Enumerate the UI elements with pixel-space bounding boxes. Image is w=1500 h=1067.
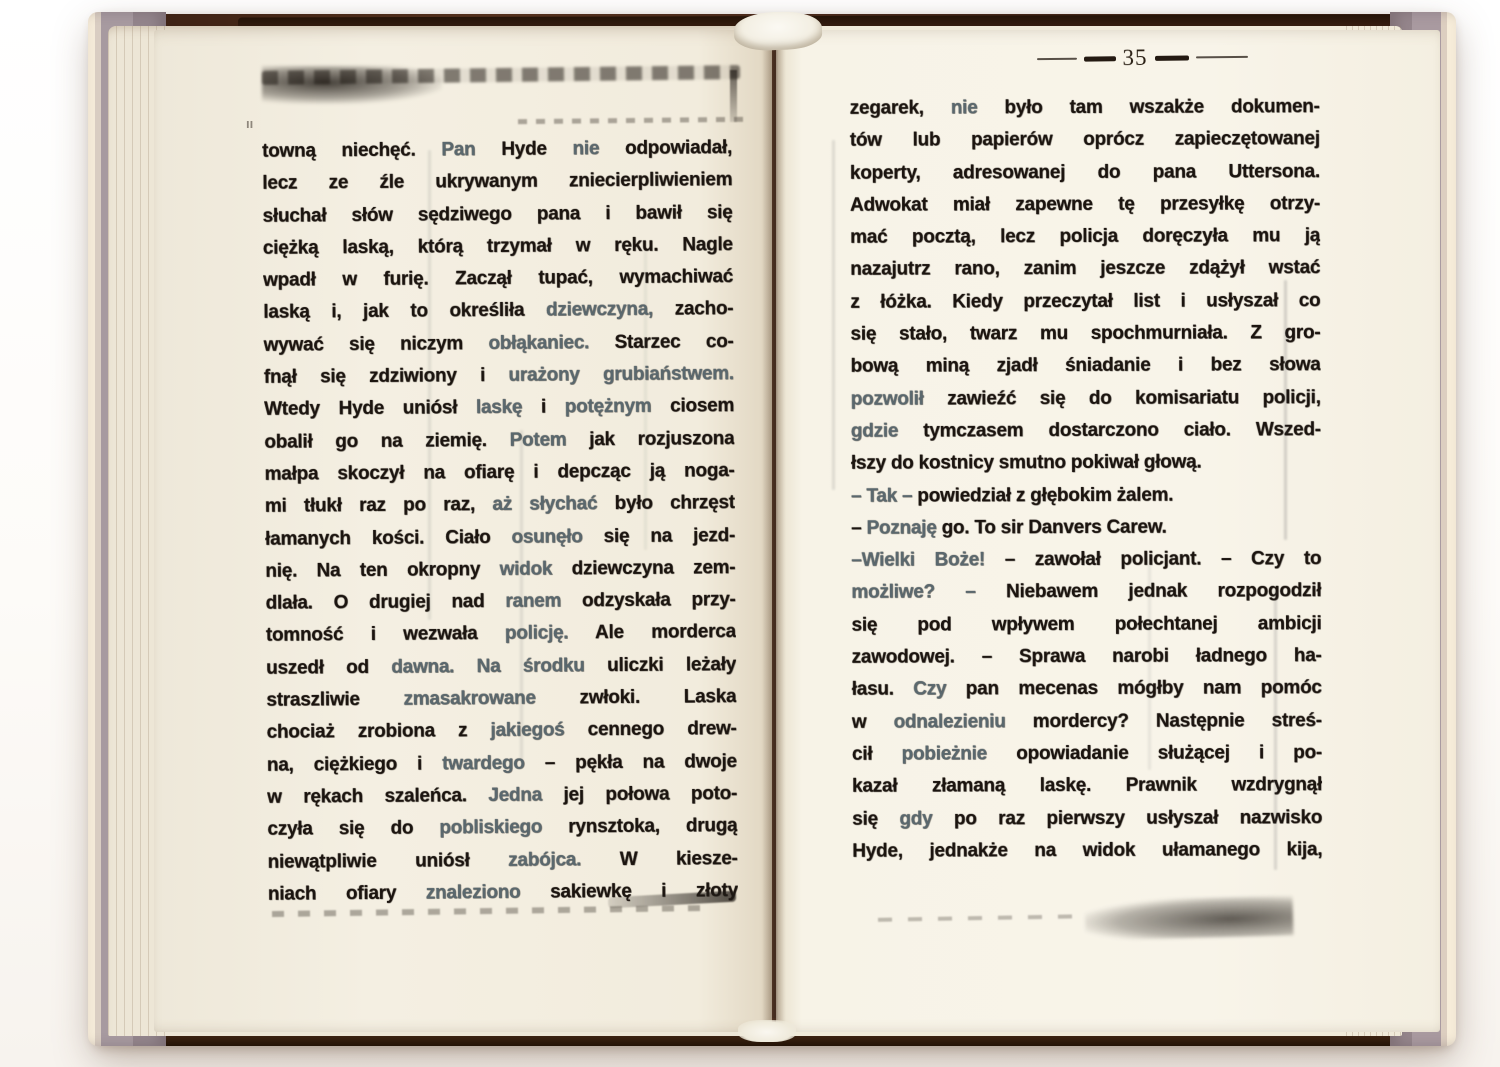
- text-line: lecz ze źle ukrywanym zniecierpliwieniem: [262, 164, 732, 200]
- ink-text: W kiesze-: [581, 848, 738, 870]
- text-line: nię. Na ten okropny widok dziewczyna zem…: [265, 552, 735, 588]
- ink-text: po raz pierwszy usłyszał nazwisko: [932, 807, 1322, 829]
- ink-text: uliczki leżały: [585, 654, 737, 676]
- ink-text: łamanych kości. Ciało: [265, 526, 512, 549]
- ink-text: odpowiadał,: [599, 137, 732, 159]
- ink-text: straszliwie: [266, 689, 403, 711]
- ink-text: w rękach szaleńca.: [267, 785, 488, 808]
- ink-text: opowiadanie służącej i po-: [987, 742, 1322, 764]
- text-line: słuchał słów sędziwego pana i bawił się: [262, 197, 732, 233]
- open-book: 35 towną niechęć. Pan Hyde nie odpowiada…: [88, 10, 1456, 1048]
- headband-bottom: [738, 1020, 796, 1042]
- text-line: wywać się niczym obłąkaniec. Starzec co-: [263, 326, 733, 362]
- header-rule-dash-right: [1154, 55, 1188, 60]
- faded-ink-text: widok: [499, 558, 552, 579]
- ink-text: sakiewkę i złoty: [520, 880, 738, 903]
- ink-text: ciężką laską, którą trzymał w ręku. Nagl…: [263, 234, 733, 259]
- ink-text: – pękła na dwoje: [525, 751, 737, 774]
- faded-ink-text: ranem: [505, 591, 561, 612]
- ink-text: dlała. O drugiej nad: [266, 591, 506, 614]
- left-page-text: towną niechęć. Pan Hyde nie odpowiadał,l…: [262, 132, 738, 911]
- faded-ink-text: pobieżnie: [902, 743, 987, 764]
- text-line: tów lub papierów oprócz zapieczętowanej: [850, 123, 1320, 157]
- ink-text: cennego drew-: [564, 718, 736, 740]
- faded-ink-text: Potem: [510, 429, 567, 450]
- faded-ink-text: Jedna: [488, 785, 542, 806]
- ink-text: Adwokat miał zapewne tę przesyłkę otrzy-: [850, 193, 1320, 216]
- ink-text: chociaż zrobiona z: [267, 720, 491, 743]
- text-line: – Poznaję go. To sir Danvers Carew.: [851, 511, 1321, 545]
- ink-text: wywać się niczym: [264, 333, 489, 356]
- ink-text: koperty, adresowanej do pana Uttersona.: [850, 161, 1320, 184]
- faded-ink-text: – Tak –: [851, 485, 912, 506]
- header-rule-hairline-right: [1195, 56, 1247, 59]
- ink-text: z łóżka. Kiedy przeczytał list i usłysza…: [850, 290, 1320, 313]
- ink-text: go. To sir Danvers Carew.: [937, 517, 1167, 539]
- ink-text: na, ciężkiego i: [267, 753, 442, 775]
- ink-text: Wtedy Hyde uniósł: [264, 398, 476, 421]
- text-line: w odnalezieniu mordercy? Następnie streś…: [852, 705, 1322, 739]
- text-line: –Wielki Boże! – zawołał policjant. – Czy…: [851, 543, 1321, 577]
- faded-ink-text: znaleziono: [426, 882, 521, 904]
- text-line: wpadł w furię. Zaczął tupać, wymachiwać: [263, 261, 733, 297]
- faded-ink-text: Poznaję: [866, 517, 936, 538]
- ink-text: się na jezd-: [583, 525, 736, 547]
- gutter-shadow: [762, 24, 786, 1036]
- ink-text: ciosem: [651, 396, 734, 418]
- faded-ink-text: –Wielki Boże!: [851, 550, 985, 571]
- text-line: towną niechęć. Pan Hyde nie odpowiadał,: [262, 132, 732, 168]
- ink-text: mordercy? Następnie streś-: [1006, 710, 1322, 732]
- text-line: cił pobieżnie opowiadanie służącej i po-: [852, 737, 1322, 771]
- text-line: się gdy po raz pierwszy usłyszał nazwisk…: [852, 802, 1322, 836]
- ink-text: łszy do kostnicy smutno pokiwał głową.: [851, 452, 1202, 474]
- faded-ink-text: możliwe? –: [851, 582, 975, 603]
- text-line: się pod wpływem połechtanej ambicji: [851, 608, 1321, 642]
- text-line: niewątpliwie uniósł zabójca. W kiesze-: [268, 843, 738, 879]
- ink-text: tymczasem dostarczono ciało. Wszed-: [898, 419, 1321, 441]
- text-line: Wtedy Hyde uniósł laskę i potężnym ciose…: [264, 391, 734, 427]
- text-line: gdzie tymczasem dostarczono ciało. Wszed…: [851, 414, 1321, 448]
- ink-text: małpa skoczył na ofiarę i depcząc ją nog…: [265, 460, 735, 485]
- faded-ink-text: odnalezieniu: [893, 711, 1005, 732]
- ink-text: lecz ze źle ukrywanym zniecierpliwieniem: [262, 169, 732, 194]
- ink-text: i: [522, 397, 565, 418]
- text-line: tomność i wezwała policję. Ale morderca: [266, 617, 736, 653]
- ink-text: się stało, twarz mu spochmurniała. Z gro…: [850, 322, 1320, 345]
- header-rule-hairline-left: [1036, 58, 1076, 60]
- ink-text: Ale morderca: [568, 622, 736, 644]
- page-number: 35: [1122, 45, 1147, 71]
- right-page-text: zegarek, nie było tam wszakże dokumen-tó…: [850, 91, 1323, 868]
- text-line: pozwolił zawieźć się do komisariatu poli…: [851, 382, 1321, 416]
- ink-text: niewątpliwie uniósł: [268, 849, 509, 872]
- ink-text: odzyskała przy-: [561, 589, 736, 611]
- ink-text: uszedł od: [266, 657, 391, 679]
- ink-text: Niebawem jednak rozpogodził: [976, 581, 1322, 603]
- ink-text: się pod wpływem połechtanej ambicji: [851, 613, 1321, 636]
- text-line: zegarek, nie było tam wszakże dokumen-: [850, 91, 1320, 125]
- ink-text: w: [852, 711, 894, 732]
- faded-ink-text: aż słychać: [492, 494, 597, 516]
- ink-text: było tam wszakże dokumen-: [977, 96, 1319, 118]
- ink-text: było chrzęst: [597, 492, 735, 514]
- page-number-header: 35: [1026, 45, 1258, 71]
- text-line: mać pocztą, lecz policja doręczyła mu ją: [850, 220, 1320, 254]
- text-line: z łóżka. Kiedy przeczytał list i usłysza…: [850, 285, 1320, 319]
- ink-text: łasu.: [852, 679, 914, 700]
- ink-text: zacho-: [653, 299, 734, 321]
- faded-ink-text: zabójca.: [508, 849, 581, 871]
- ink-text: tomność i wezwała: [266, 623, 505, 646]
- ink-text: zawodowej. – Sprawa narobi ładnego ha-: [852, 645, 1322, 668]
- ink-text: nazajutrz rano, zanim jeszcze zdążył wst…: [850, 258, 1320, 281]
- ink-text: obalił go na ziemię.: [264, 430, 509, 453]
- ink-text: wpadł w furię. Zaczął tupać, wymachiwać: [263, 266, 733, 291]
- ink-text: kazał złamaną laskę. Prawnik wzdrygnął: [852, 774, 1322, 797]
- faded-ink-text: urażony grubiaństwem.: [508, 363, 734, 386]
- text-line: czyła się do pobliskiego rynsztoka, drug…: [267, 810, 737, 846]
- header-rule-dash-left: [1083, 56, 1115, 61]
- faded-ink-text: Pan: [441, 139, 475, 160]
- text-line: chociaż zrobiona z jakiegoś cennego drew…: [267, 713, 737, 749]
- ink-text: czyła się do: [267, 818, 439, 840]
- ink-text: zegarek,: [850, 97, 951, 118]
- text-line: obalił go na ziemię. Potem jak rozjuszon…: [264, 423, 734, 459]
- text-line: łasu. Czy pan mecenas mógłby nam pomóc: [852, 673, 1322, 707]
- faded-ink-text: pozwolił: [851, 388, 924, 409]
- headband-top: [733, 10, 822, 51]
- faded-ink-text: potężnym: [565, 396, 652, 418]
- faded-ink-text: jakiegoś: [490, 720, 564, 742]
- text-line: koperty, adresowanej do pana Uttersona.: [850, 156, 1320, 190]
- faded-ink-text: gdy: [899, 808, 932, 829]
- faded-ink-text: nie: [951, 97, 978, 118]
- faded-ink-text: policję.: [505, 623, 569, 644]
- faded-ink-text: dziewczyna,: [546, 299, 653, 321]
- text-line: możliwe? – Niebawem jednak rozpogodził: [851, 576, 1321, 610]
- ink-text: jej połowa poto-: [542, 783, 737, 806]
- ink-text: rynsztoka, drugą: [542, 815, 737, 838]
- ink-text: się: [852, 808, 899, 829]
- ink-text: mi tłukł raz po raz,: [265, 494, 493, 517]
- text-line: ciężką laską, którą trzymał w ręku. Nagl…: [263, 229, 733, 265]
- text-line: zawodowej. – Sprawa narobi ładnego ha-: [852, 640, 1322, 674]
- ink-text: mać pocztą, lecz policja doręczyła mu ją: [850, 225, 1320, 248]
- text-line: bową miną zjadł śniadanie i bez słowa: [851, 350, 1321, 384]
- text-line: łamanych kości. Ciało osunęło się na jez…: [265, 520, 735, 556]
- text-line: fnął się zdziwiony i urażony grubiaństwe…: [264, 358, 734, 394]
- faded-ink-text: osunęło: [511, 526, 582, 548]
- ink-text: pan mecenas mógłby nam pomóc: [946, 678, 1321, 700]
- text-line: Hyde, jednakże na widok ułamanego kija,: [852, 834, 1322, 868]
- ink-text: tów lub papierów oprócz zapieczętowanej: [850, 128, 1320, 151]
- ink-text: zwłoki. Laska: [536, 686, 737, 709]
- text-line: – Tak – powiedział z głębokim żalem.: [851, 479, 1321, 513]
- text-line: niach ofiary znaleziono sakiewkę i złoty: [268, 875, 738, 911]
- ink-text: dziewczyna zem-: [552, 557, 735, 579]
- faded-ink-text: dawna. Na środku: [391, 655, 585, 678]
- ink-text: –: [851, 518, 866, 539]
- text-line: uszedł od dawna. Na środku uliczki leżał…: [266, 649, 736, 685]
- ink-text: nię. Na ten okropny: [265, 559, 499, 582]
- ink-text: Hyde: [475, 138, 572, 160]
- faded-ink-text: Czy: [913, 679, 946, 700]
- ink-text: fnął się zdziwiony i: [264, 365, 509, 388]
- ink-text: zawieźć się do komisariatu policji,: [924, 387, 1321, 409]
- text-line: łszy do kostnicy smutno pokiwał głową.: [851, 446, 1321, 480]
- ink-text: słuchał słów sędziwego pana i bawił się: [263, 202, 733, 227]
- text-line: na, ciężkiego i twardego – pękła na dwoj…: [267, 746, 737, 782]
- text-line: laską i, jak to określiła dziewczyna, za…: [263, 294, 733, 330]
- faded-ink-text: gdzie: [851, 421, 898, 442]
- faded-ink-text: zmasakrowane: [403, 688, 535, 710]
- text-line: kazał złamaną laskę. Prawnik wzdrygnął: [852, 769, 1322, 803]
- text-line: w rękach szaleńca. Jedna jej połowa poto…: [267, 778, 737, 814]
- text-line: mi tłukł raz po raz, aż słychać było chr…: [265, 487, 735, 523]
- faded-ink-text: pobliskiego: [439, 817, 542, 839]
- text-line: dlała. O drugiej nad ranem odzyskała prz…: [266, 584, 736, 620]
- ink-text: jak rozjuszona: [566, 428, 734, 450]
- faded-ink-text: obłąkaniec.: [488, 332, 589, 354]
- faded-ink-text: nie: [572, 138, 599, 159]
- ink-text: laską i, jak to określiła: [263, 300, 546, 323]
- faded-ink-text: laskę: [476, 397, 522, 418]
- text-line: małpa skoczył na ofiarę i depcząc ją nog…: [264, 455, 734, 491]
- text-line: straszliwie zmasakrowane zwłoki. Laska: [266, 681, 736, 717]
- ink-text: Starzec co-: [589, 331, 734, 353]
- ink-text: cił: [852, 744, 902, 765]
- text-line: nazajutrz rano, zanim jeszcze zdążył wst…: [850, 253, 1320, 287]
- ink-text: powiedział z głębokim żalem.: [912, 484, 1173, 506]
- ink-text: – zawołał policjant. – Czy to: [985, 548, 1321, 570]
- ink-text: bową miną zjadł śniadanie i bez słowa: [851, 355, 1321, 378]
- text-line: Adwokat miał zapewne tę przesyłkę otrzy-: [850, 188, 1320, 222]
- ink-text: towną niechęć.: [262, 139, 441, 161]
- faded-ink-text: twardego: [442, 752, 525, 774]
- ink-text: niach ofiary: [268, 882, 426, 904]
- text-line: się stało, twarz mu spochmurniała. Z gro…: [850, 317, 1320, 351]
- ink-text: Hyde, jednakże na widok ułamanego kija,: [852, 839, 1322, 862]
